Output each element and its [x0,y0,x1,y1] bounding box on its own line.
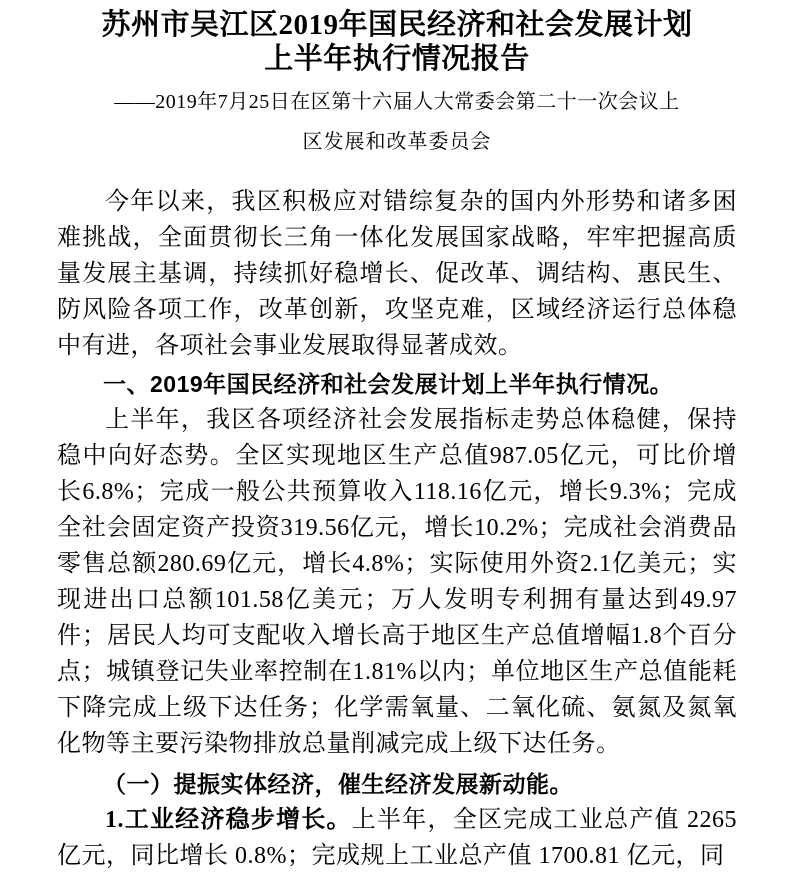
report-title-line1: 苏州市吴江区2019年国民经济和社会发展计划 [57,8,737,42]
indicators-paragraph: 上半年，我区各项经济社会发展指标走势总体稳健，保持稳中向好态势。全区实现地区生产… [57,402,737,762]
issuing-body: 区发展和改革委员会 [57,128,737,156]
subsection-1-heading: （一）提振实体经济，催生经济发展新动能。 [57,766,737,802]
intro-paragraph: 今年以来，我区积极应对错综复杂的国内外形势和诸多困难挑战，全面贯彻长三角一体化发… [57,184,737,364]
section-1-heading: 一、2019年国民经济和社会发展计划上半年执行情况。 [57,366,737,402]
report-page: 苏州市吴江区2019年国民经济和社会发展计划 上半年执行情况报告 ——2019年… [0,0,793,896]
report-title-line2: 上半年执行情况报告 [57,42,737,76]
industry-paragraph-lead: 1.工业经济稳步增长。 [105,807,352,833]
industry-paragraph: 1.工业经济稳步增长。上半年，全区完成工业总产值 2265 亿元，同比增长 0.… [57,802,737,874]
meeting-subtitle: ——2019年7月25日在区第十六届人大常委会第二十一次会议上 [57,88,737,116]
report-title: 苏州市吴江区2019年国民经济和社会发展计划 上半年执行情况报告 [57,8,737,76]
